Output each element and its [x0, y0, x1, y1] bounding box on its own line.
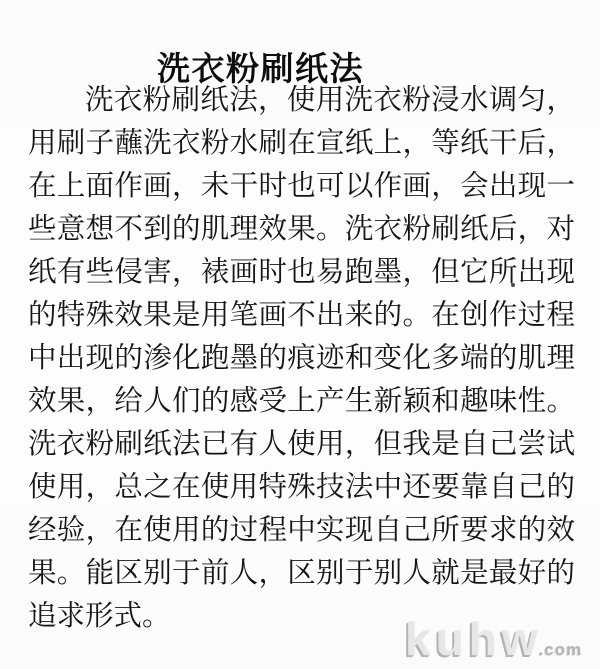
- text-line: 果。能区别于前人，区别于别人就是最好的: [28, 552, 575, 595]
- text-line: 洗衣粉刷纸法已有人使用，但我是自己尝试: [28, 423, 575, 466]
- text-line: 些意想不到的肌理效果。洗衣粉刷纸后，对: [28, 208, 575, 251]
- text-line: 经验，在使用的过程中实现自己所要求的效: [28, 509, 575, 552]
- text-line: 的特殊效果是用笔画不出来的。在创作过程: [28, 294, 575, 337]
- text-line: 使用，总之在使用特殊技法中还要靠自己的: [28, 466, 575, 509]
- text-line: 效果，给人们的感受上产生新颖和趣味性。: [28, 380, 575, 423]
- text-line: 用刷子蘸洗衣粉水刷在宣纸上，等纸干后，: [28, 122, 575, 165]
- watermark-kuhw: kuhw .com: [405, 616, 582, 662]
- text-line: 在上面作画，未干时也可以作画，会出现一: [28, 165, 575, 208]
- article-paragraph: 洗衣粉刷纸法，使用洗衣粉浸水调匀， 用刷子蘸洗衣粉水刷在宣纸上，等纸干后， 在上…: [28, 79, 575, 638]
- scanned-document-page: 洗衣粉刷纸法 洗衣粉刷纸法，使用洗衣粉浸水调匀， 用刷子蘸洗衣粉水刷在宣纸上，等…: [0, 0, 600, 669]
- watermark-tld: .com: [539, 640, 583, 660]
- scan-speck: [511, 283, 515, 287]
- text-line: 纸有些侵害，裱画时也易跑墨，但它所出现: [28, 251, 575, 294]
- text-line: 洗衣粉刷纸法，使用洗衣粉浸水调匀，: [28, 79, 575, 122]
- text-line: 中出现的渗化跑墨的痕迹和变化多端的肌理: [28, 337, 575, 380]
- watermark-name: kuhw: [405, 616, 543, 662]
